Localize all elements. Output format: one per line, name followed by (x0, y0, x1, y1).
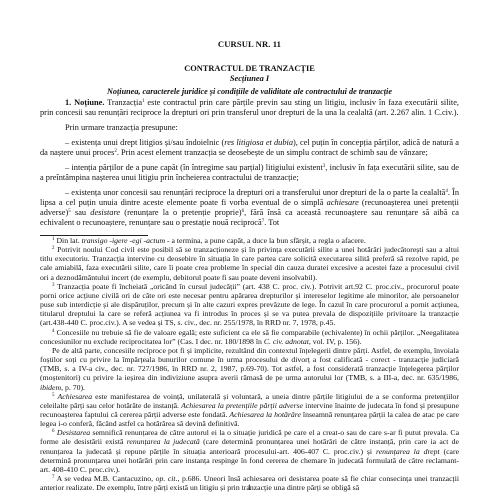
paragraph-intro: Prin urmare tranzacția presupune: (40, 123, 459, 133)
section-heading: Noțiunea, caracterele juridice și condiț… (40, 87, 459, 96)
footnote-3: 3 Tranzacția poate fi încheiată „oricând… (40, 282, 459, 328)
page-number: 1 (40, 483, 459, 492)
body-text: 1. Noțiune. Tranzacția1 este contractul … (40, 98, 459, 228)
footnote-5: 5 Achiesarea este manifestarea de voință… (40, 392, 459, 429)
footnote-4: 4 Concesiile nu trebuie să fie de valoar… (40, 328, 459, 346)
paragraph-element-2: – intenția părților de a pune capăt (în … (40, 163, 459, 183)
section-title: Secțiunea I (40, 74, 459, 83)
footnote-2: 2 Potrivit noului Cod civil este posibil… (40, 245, 459, 282)
course-title: CURSUL NR. 11 (40, 39, 459, 49)
paragraph-notion: 1. Noțiune. Tranzacția1 este contractul … (40, 98, 459, 118)
paragraph-element-3: – existența unor concesii sau renunțări … (40, 188, 459, 228)
footnote-1: 1 Din lat. transigo -igere -egi -actum -… (40, 236, 459, 245)
footnote-6: 6 Desistarea semnifică renunțarea de căt… (40, 428, 459, 474)
notion-label: 1. Noțiune. (65, 98, 104, 107)
footnote-4-continued: Pe de altă parte, concesiile reciproce p… (40, 346, 459, 392)
footnotes: 1 Din lat. transigo -igere -egi -actum -… (40, 236, 459, 492)
chapter-title: CONTRACTUL DE TRANZACȚIE (40, 64, 459, 73)
paragraph-element-1: – existența unui drept litigios și/sau î… (40, 138, 459, 158)
